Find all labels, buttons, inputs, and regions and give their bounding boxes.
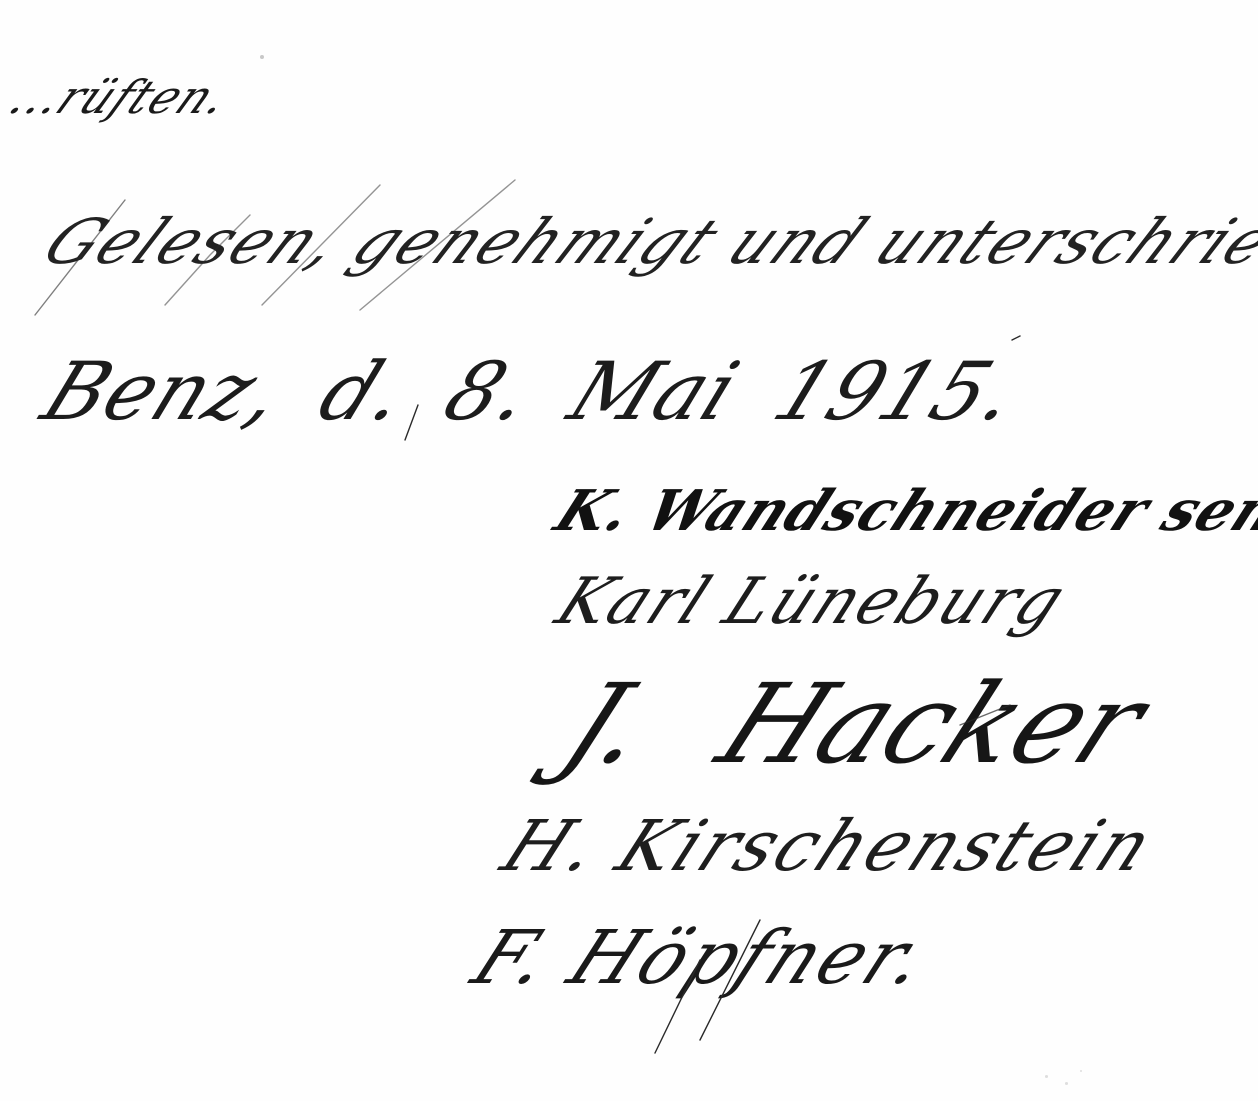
paper-speck [1045, 1075, 1048, 1078]
paper-speck [260, 55, 264, 59]
signature-hacker: J. Hacker [545, 660, 1165, 788]
paper-speck [1065, 1082, 1068, 1085]
text-line-closing: Gelesen, genehmigt und unterschrieben. [30, 205, 1258, 278]
text-line-fragment: ...rüften. [0, 70, 241, 124]
signature-wandschneider: K. Wandschneider sen. [545, 478, 1258, 544]
text-line-date: Benz, d. 8. Mai 1915. [30, 345, 1033, 438]
signature-kirschenstein: H. Kirschenstein [490, 805, 1168, 887]
paper-speck [1080, 1070, 1082, 1072]
scanned-document-page: ...rüften. Gelesen, genehmigt und unters… [0, 0, 1258, 1101]
signature-lueneburg: Karl Lüneburg [545, 565, 1078, 639]
signature-hoepfner: F. Höpfner. [460, 915, 944, 1001]
